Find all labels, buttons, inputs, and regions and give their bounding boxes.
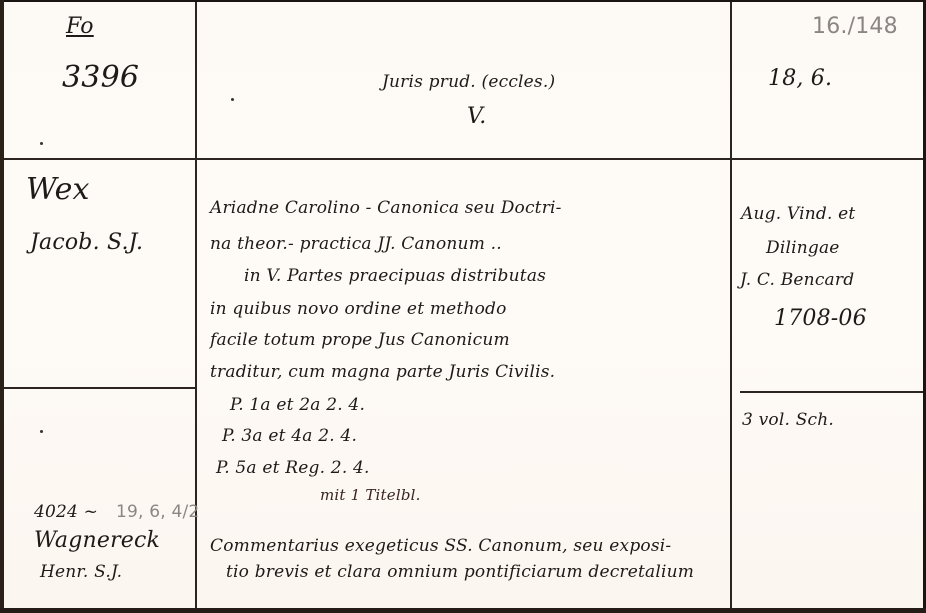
title-line: in quibus novo ordine et methodo xyxy=(210,299,507,319)
call-number: 3396 xyxy=(62,60,139,95)
imprint-line: Aug. Vind. et xyxy=(741,204,855,224)
volume-line: P. 5a et Reg. 2. 4. xyxy=(216,458,370,478)
entry2-title-line: tio brevis et clara omnium pontificiarum… xyxy=(226,562,694,582)
title-line: in V. Partes praecipuas distributas xyxy=(244,266,546,286)
entry2-author-forename: Henr. S.J. xyxy=(40,562,122,582)
volume-line: P. 1a et 2a 2. 4. xyxy=(230,395,365,415)
binding-note: mit 1 Titelbl. xyxy=(320,486,421,504)
title-line: Ariadne Carolino - Canonica seu Doctri- xyxy=(210,198,562,218)
ink-speck xyxy=(40,430,43,433)
header-rule xyxy=(4,158,923,160)
imprint-line: J. C. Bencard xyxy=(740,270,854,290)
ink-speck xyxy=(231,98,234,101)
column-divider-right xyxy=(730,2,732,608)
imprint-year: 1708-06 xyxy=(774,306,867,331)
format-size: 18, 6. xyxy=(768,66,832,91)
entry2-title-line: Commentarius exegeticus SS. Canonum, seu… xyxy=(210,536,671,556)
shelf-mark-pencil: 16./148 xyxy=(812,14,898,39)
section-number: V. xyxy=(467,104,486,129)
ink-speck xyxy=(40,142,43,145)
title-line: facile totum prope Jus Canonicum xyxy=(210,330,510,350)
title-line: traditur, cum magna parte Juris Civilis. xyxy=(210,362,555,382)
entry2-author-surname: Wagnereck xyxy=(34,528,160,553)
physical-note: 3 vol. Sch. xyxy=(742,410,834,430)
scan-border-bottom xyxy=(0,608,926,613)
author-forename: Jacob. S.J. xyxy=(30,230,143,255)
entry2-shelf-mark-pencil: 19, 6, 4/2 xyxy=(116,502,199,522)
subject-heading: Juris prud. (eccles.) xyxy=(382,72,555,92)
imprint-line: Dilingae xyxy=(766,238,840,258)
catalogue-card: Fo 3396 Juris prud. (eccles.) V. 16./148… xyxy=(4,2,923,608)
title-line: na theor.- practica JJ. Canonum .. xyxy=(210,234,502,254)
author-surname: Wex xyxy=(26,172,90,207)
label-fo: Fo xyxy=(66,14,94,39)
right-column-rule xyxy=(740,391,923,393)
left-column-rule xyxy=(4,387,195,389)
volume-line: P. 3a et 4a 2. 4. xyxy=(222,426,357,446)
entry2-call-number: 4024 ~ xyxy=(34,502,98,522)
